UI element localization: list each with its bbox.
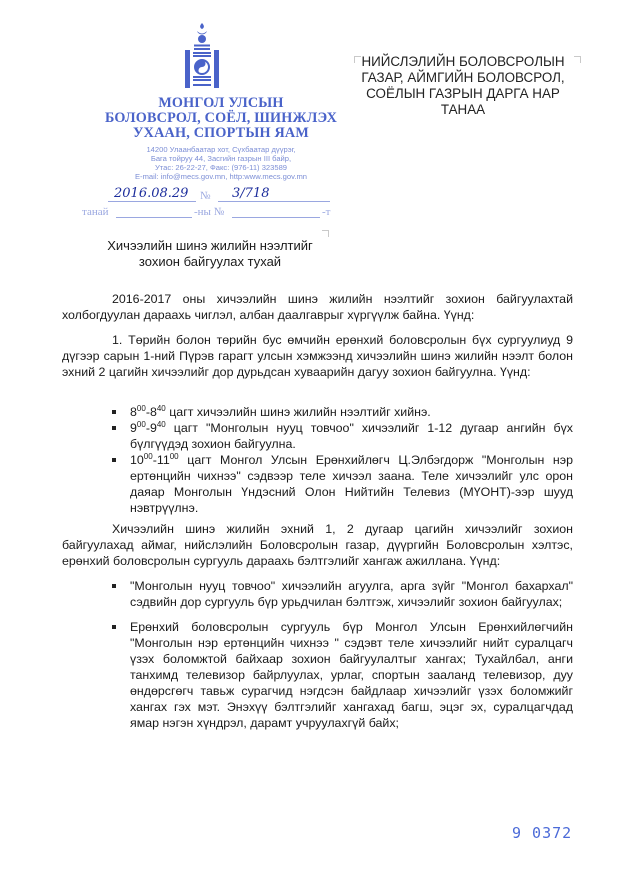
corner-mark — [322, 230, 329, 237]
reply-suffix: -т — [322, 206, 330, 218]
schedule-text: цагт хичээлийн шинэ жилийн нээлтийг хийн… — [166, 405, 431, 419]
time-end-minutes: 00 — [170, 452, 179, 461]
recipient-line: СОЁЛЫН ГАЗРЫН ДАРГА НАР — [352, 86, 574, 102]
reply-prefix: танай — [82, 206, 108, 218]
recipient-line: ГАЗАР, АЙМГИЙН БОЛОВСРОЛ, — [352, 70, 574, 86]
reply-reference-line: танай -ны № -т — [82, 204, 332, 220]
bullet-icon — [112, 410, 116, 414]
address-line: Бага тойруу 44, Засгийн газрын III байр, — [100, 154, 342, 163]
schedule-item: 800-840 цагт хичээлийн шинэ жилийн нээлт… — [112, 404, 573, 420]
address-line: Утас: 26-22-27, Факс: (976-11) 323589 — [100, 163, 342, 172]
recipient-line: ТАНАА — [352, 102, 574, 118]
schedule-text: цагт "Монголын нууц товчоо" хичээлийг 1-… — [130, 421, 573, 451]
subject-line: Хичээлийн шинэ жилийн нээлтийг — [90, 238, 330, 254]
ministry-line: МОНГОЛ УЛСЫН — [100, 96, 342, 111]
subject: Хичээлийн шинэ жилийн нээлтийг зохион ба… — [90, 238, 330, 270]
time-end: 9 — [150, 421, 157, 435]
bullet-icon — [112, 625, 116, 629]
document-date: 2016.08.29 — [114, 186, 188, 201]
time-start-minutes: 00 — [137, 420, 146, 429]
time-end: 11 — [157, 453, 170, 467]
address-line: 14200 Улаанбаатар хот, Сүхбаатар дүүрэг, — [100, 145, 342, 154]
subject-line: зохион байгуулах тухай — [90, 254, 330, 270]
task-text: Ерөнхий боловсролын сургууль бүр Монгол … — [130, 620, 573, 730]
bullet-icon — [112, 458, 116, 462]
time-end-minutes: 40 — [157, 420, 166, 429]
number-label: № — [200, 190, 211, 202]
item-1-paragraph: 1. Төрийн болон төрийн бус өмчийн ерөнхи… — [62, 332, 573, 380]
schedule-item: 1000-1100 цагт Монгол Улсын Ерөнхийлөгч … — [112, 452, 573, 516]
address-line: E-mail: info@mecs.gov.mn, http:www.mecs.… — [100, 172, 342, 181]
bullet-icon — [112, 426, 116, 430]
task-text: "Монголын нууц товчоо" хичээлийн агуулга… — [130, 579, 573, 609]
soyombo-emblem-icon — [183, 22, 221, 90]
schedule-text: цагт Монгол Улсын Ерөнхийлөгч Ц.Элбэгдор… — [130, 453, 573, 515]
ministry-line: УХААН, СПОРТЫН ЯАМ — [100, 126, 342, 141]
bullet-icon — [112, 584, 116, 588]
task-item: "Монголын нууц товчоо" хичээлийн агуулга… — [112, 578, 573, 610]
task-item: Ерөнхий боловсролын сургууль бүр Монгол … — [112, 619, 573, 731]
schedule-item: 900-940 цагт "Монголын нууц товчоо" хичэ… — [112, 420, 573, 452]
preparation-paragraph: Хичээлийн шинэ жилийн эхний 1, 2 дугаар … — [62, 521, 573, 569]
ministry-address: 14200 Улаанбаатар хот, Сүхбаатар дүүрэг,… — [100, 145, 342, 181]
reply-mid: -ны № — [194, 206, 224, 218]
intro-paragraph: 2016-2017 оны хичээлийн шинэ жилийн нээл… — [62, 291, 573, 323]
date-number-line: 2016.08.29 № 3/718 — [108, 188, 330, 204]
time-start-minutes: 00 — [144, 452, 153, 461]
schedule-list: 800-840 цагт хичээлийн шинэ жилийн нээлт… — [112, 404, 573, 516]
recipient-line: НИЙСЛЭЛИЙН БОЛОВСРОЛЫН — [352, 54, 574, 70]
task-list: "Монголын нууц товчоо" хичээлийн агуулга… — [112, 578, 573, 610]
task-list: Ерөнхий боловсролын сургууль бүр Монгол … — [112, 619, 573, 731]
document-number: 3/718 — [232, 186, 269, 201]
registration-stamp-number: 9 0372 — [512, 824, 572, 842]
corner-mark — [574, 56, 581, 63]
time-start-minutes: 00 — [137, 404, 146, 413]
time-end-minutes: 40 — [157, 404, 166, 413]
recipient: НИЙСЛЭЛИЙН БОЛОВСРОЛЫН ГАЗАР, АЙМГИЙН БО… — [352, 54, 574, 118]
time-end: 8 — [150, 405, 157, 419]
time-start: 8 — [130, 405, 137, 419]
ministry-name: МОНГОЛ УЛСЫН БОЛОВСРОЛ, СОЁЛ, ШИНЖЛЭХ УХ… — [100, 96, 342, 141]
ministry-line: БОЛОВСРОЛ, СОЁЛ, ШИНЖЛЭХ — [100, 111, 342, 126]
time-start: 9 — [130, 421, 137, 435]
time-start: 10 — [130, 453, 144, 467]
